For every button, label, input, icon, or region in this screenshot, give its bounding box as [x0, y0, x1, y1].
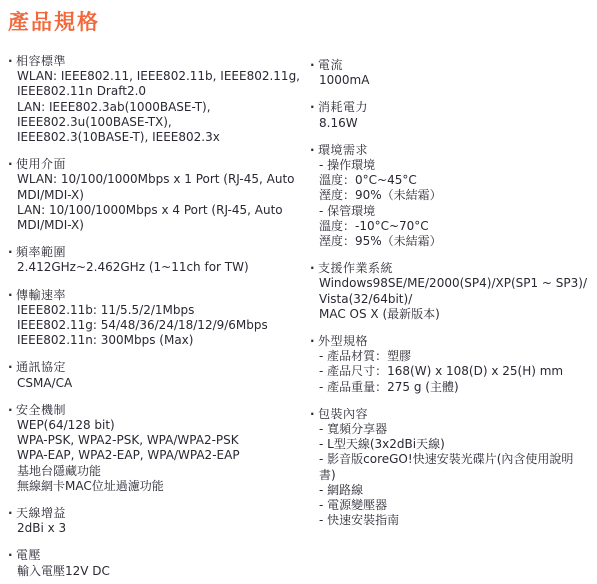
section-dimensions: · 外型規格 - 產品材質：塑膠 - 產品尺寸：168(W) x 108(D) …: [310, 334, 597, 395]
section-interface: · 使用介面 WLAN: 10/100/1000Mbps x 1 Port (R…: [8, 157, 310, 233]
bullet-icon: ·: [8, 245, 16, 260]
bullet-icon: ·: [310, 261, 318, 276]
section-heading: 支援作業系統: [318, 261, 393, 276]
section-heading: 外型規格: [318, 334, 368, 349]
section-heading-row: · 通訊協定: [8, 360, 310, 375]
spec-line: 8.16W: [310, 116, 597, 131]
bullet-icon: ·: [8, 54, 16, 69]
spec-page: 產品規格 · 相容標準 WLAN: IEEE802.11, IEEE802.11…: [0, 0, 597, 584]
section-heading-row: · 支援作業系統: [310, 261, 597, 276]
spec-line: IEEE802.11n Draft2.0: [8, 84, 310, 99]
bullet-icon: ·: [8, 157, 16, 172]
section-heading: 天線增益: [16, 506, 66, 521]
spec-line: WLAN: IEEE802.11, IEEE802.11b, IEEE802.1…: [8, 69, 310, 84]
section-package-contents: · 包裝內容 - 寬頻分享器 - L型天線(3x2dBi天線) - 影音版cor…: [310, 407, 597, 529]
spec-line: Windows98SE/ME/2000(SP4)/XP(SP1 ~ SP3)/: [310, 276, 597, 291]
spec-line: MDI/MDI-X): [8, 218, 310, 233]
section-heading: 消耗電力: [318, 100, 368, 115]
section-heading-row: · 外型規格: [310, 334, 597, 349]
section-compatibility: · 相容標準 WLAN: IEEE802.11, IEEE802.11b, IE…: [8, 54, 310, 145]
spec-line: 書): [310, 468, 597, 483]
spec-line: LAN: IEEE802.3ab(1000BASE-T),: [8, 100, 310, 115]
spec-line: 基地台隱藏功能: [8, 464, 310, 479]
bullet-icon: ·: [8, 288, 16, 303]
spec-line: - 產品重量：275 g (主體): [310, 380, 597, 395]
section-power-consumption: · 消耗電力 8.16W: [310, 100, 597, 130]
section-transfer-rate: · 傳輸速率 IEEE802.11b: 11/5.5/2/1Mbps IEEE8…: [8, 288, 310, 349]
spec-line: IEEE802.11n: 300Mbps (Max): [8, 333, 310, 348]
spec-line: 2dBi x 3: [8, 521, 310, 536]
page-title: 產品規格: [8, 6, 597, 36]
section-heading-row: · 安全機制: [8, 403, 310, 418]
bullet-icon: ·: [310, 143, 318, 158]
section-heading-row: · 消耗電力: [310, 100, 597, 115]
left-column: · 相容標準 WLAN: IEEE802.11, IEEE802.11b, IE…: [8, 54, 310, 584]
spec-line: - 操作環境: [310, 158, 597, 173]
spec-line: LAN: 10/100/1000Mbps x 4 Port (RJ-45, Au…: [8, 203, 310, 218]
spec-line: MDI/MDI-X): [8, 188, 310, 203]
spec-line: IEEE802.3(10BASE-T), IEEE802.3x: [8, 130, 310, 145]
bullet-icon: ·: [8, 506, 16, 521]
section-heading: 通訊協定: [16, 360, 66, 375]
section-current: · 電流 1000mA: [310, 58, 597, 88]
spec-line: MAC OS X (最新版本): [310, 307, 597, 322]
section-heading-row: · 電壓: [8, 548, 310, 563]
bullet-icon: ·: [310, 407, 318, 422]
section-heading: 電壓: [16, 548, 41, 563]
section-heading: 相容標準: [16, 54, 66, 69]
spec-line: - L型天線(3x2dBi天線): [310, 437, 597, 452]
section-heading-row: · 天線增益: [8, 506, 310, 521]
right-column: · 電流 1000mA · 消耗電力 8.16W · 環境需求 - 操作環境 溫…: [310, 54, 597, 540]
section-frequency-range: · 頻率範圍 2.412GHz~2.462GHz (1~11ch for TW): [8, 245, 310, 275]
bullet-icon: ·: [8, 360, 16, 375]
spec-line: 溼度：95%（未結霜）: [310, 234, 597, 249]
section-heading-row: · 環境需求: [310, 143, 597, 158]
spec-line: - 產品尺寸：168(W) x 108(D) x 25(H) mm: [310, 364, 597, 379]
section-heading-row: · 相容標準: [8, 54, 310, 69]
spec-line: - 快速安裝指南: [310, 513, 597, 528]
spec-line: IEEE802.3u(100BASE-TX),: [8, 115, 310, 130]
section-security: · 安全機制 WEP(64/128 bit) WPA-PSK, WPA2-PSK…: [8, 403, 310, 494]
section-environment: · 環境需求 - 操作環境 溫度：0°C~45°C 溼度：90%（未結霜） - …: [310, 143, 597, 249]
section-heading-row: · 包裝內容: [310, 407, 597, 422]
spec-line: WEP(64/128 bit): [8, 418, 310, 433]
section-heading: 包裝內容: [318, 407, 368, 422]
section-heading-row: · 電流: [310, 58, 597, 73]
spec-line: CSMA/CA: [8, 376, 310, 391]
section-heading: 環境需求: [318, 143, 368, 158]
bullet-icon: ·: [310, 334, 318, 349]
spec-line: - 寬頻分享器: [310, 422, 597, 437]
spec-line: - 產品材質：塑膠: [310, 349, 597, 364]
spec-line: 溫度：0°C~45°C: [310, 173, 597, 188]
section-heading: 頻率範圍: [16, 245, 66, 260]
spec-line: - 電源變壓器: [310, 498, 597, 513]
section-antenna-gain: · 天線增益 2dBi x 3: [8, 506, 310, 536]
spec-line: WLAN: 10/100/1000Mbps x 1 Port (RJ-45, A…: [8, 172, 310, 187]
spec-line: 無線網卡MAC位址過濾功能: [8, 479, 310, 494]
spec-line: 2.412GHz~2.462GHz (1~11ch for TW): [8, 260, 310, 275]
section-heading-row: · 使用介面: [8, 157, 310, 172]
section-voltage: · 電壓 輸入電壓12V DC: [8, 548, 310, 578]
spec-line: IEEE802.11b: 11/5.5/2/1Mbps: [8, 303, 310, 318]
spec-line: 輸入電壓12V DC: [8, 564, 310, 579]
spec-line: - 影音版coreGO!快速安裝光碟片(內含使用說明: [310, 452, 597, 467]
bullet-icon: ·: [8, 403, 16, 418]
bullet-icon: ·: [8, 548, 16, 563]
bullet-icon: ·: [310, 58, 318, 73]
spec-line: WPA-PSK, WPA2-PSK, WPA/WPA2-PSK: [8, 433, 310, 448]
section-protocol: · 通訊協定 CSMA/CA: [8, 360, 310, 390]
spec-line: - 保管環境: [310, 204, 597, 219]
spec-line: Vista(32/64bit)/: [310, 292, 597, 307]
spec-line: 1000mA: [310, 73, 597, 88]
section-heading: 電流: [318, 58, 343, 73]
section-os-support: · 支援作業系統 Windows98SE/ME/2000(SP4)/XP(SP1…: [310, 261, 597, 322]
spec-columns: · 相容標準 WLAN: IEEE802.11, IEEE802.11b, IE…: [8, 54, 597, 584]
spec-line: IEEE802.11g: 54/48/36/24/18/12/9/6Mbps: [8, 318, 310, 333]
spec-line: - 網路線: [310, 483, 597, 498]
section-heading-row: · 頻率範圍: [8, 245, 310, 260]
spec-line: 溫度：-10°C~70°C: [310, 219, 597, 234]
section-heading: 安全機制: [16, 403, 66, 418]
spec-line: 溼度：90%（未結霜）: [310, 188, 597, 203]
section-heading-row: · 傳輸速率: [8, 288, 310, 303]
spec-line: WPA-EAP, WPA2-EAP, WPA/WPA2-EAP: [8, 448, 310, 463]
section-heading: 傳輸速率: [16, 288, 66, 303]
section-heading: 使用介面: [16, 157, 66, 172]
bullet-icon: ·: [310, 100, 318, 115]
